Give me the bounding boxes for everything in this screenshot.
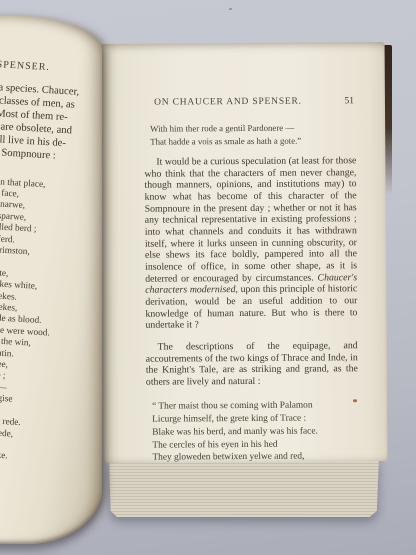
left-page-text-block: SPENSER. f a species. Chaucer, e classes… [0,59,112,468]
page-fore-edge [109,457,379,517]
paragraph: The descriptions of the equipage, and ac… [146,340,358,388]
verse-block: “ Ther maist thou se coming with Palamon… [152,400,358,465]
running-header-left: SPENSER. [0,59,112,76]
dust-speck [229,8,232,10]
epigraph-quote: With him ther rode a gentil Pardonere — … [150,121,356,148]
quote-line: That hadde a vois as smale as hath a got… [150,134,356,148]
book-photo: ON CHAUCER AND SPENSER. 51 With him ther… [0,0,416,555]
paragraph-text: It would be a curious speculation (at le… [144,155,357,284]
running-header-row: ON CHAUCER AND SPENSER. 51 [144,96,356,110]
page-number: 51 [344,96,354,106]
left-page: SPENSER. f a species. Chaucer, e classes… [0,15,102,544]
running-header: ON CHAUCER AND SPENSER. [144,96,356,107]
right-page-text-block: ON CHAUCER AND SPENSER. 51 With him ther… [144,96,359,464]
verse-line: They gloweden betwixen yelwe and red, [152,450,358,464]
paragraph: It would be a curious speculation (at le… [144,155,357,331]
page-stack-texture [109,457,379,517]
left-verse-fragments: us in that place, nes face, ren narwe, s… [0,176,105,467]
foxing-spot [353,399,357,402]
left-paragraph-fragments: f a species. Chaucer, e classes of men, … [0,81,111,166]
right-page: ON CHAUCER AND SPENSER. 51 With him ther… [102,42,388,463]
